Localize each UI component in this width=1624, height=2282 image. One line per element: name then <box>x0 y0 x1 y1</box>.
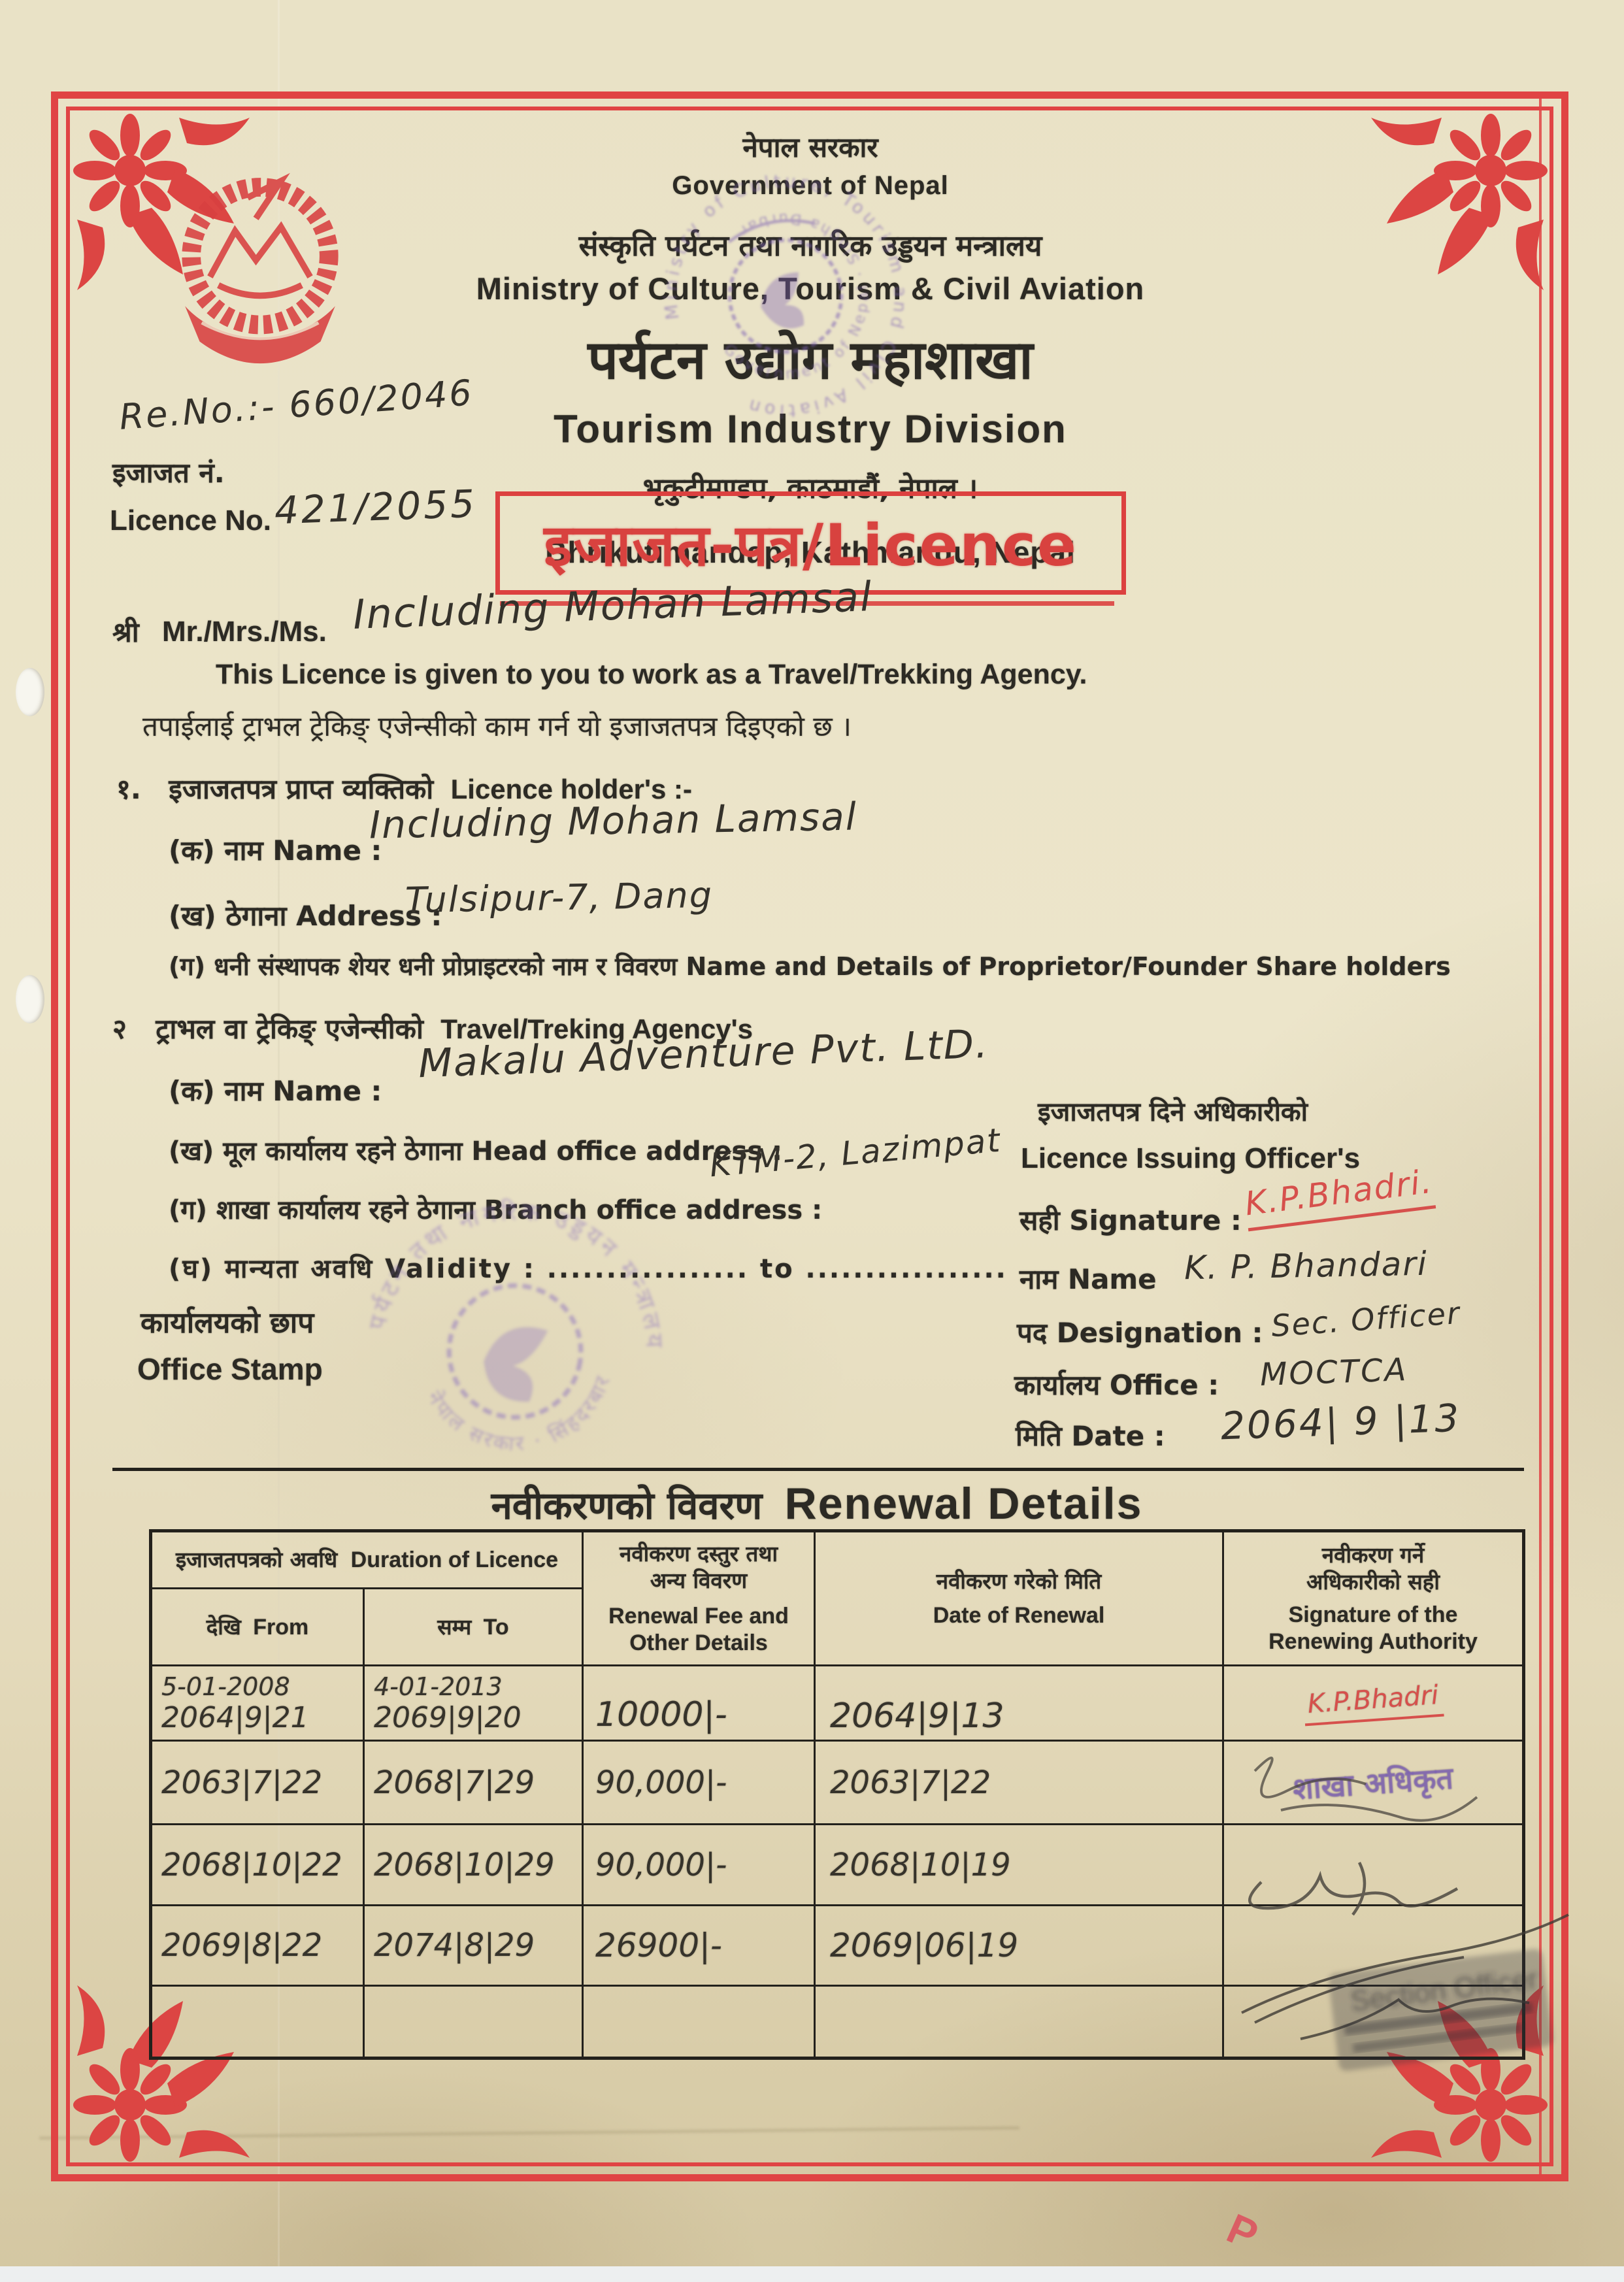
officer-name-value: K. P. Bhandari <box>1184 1245 1429 1287</box>
section2-number: २ <box>112 1013 127 1045</box>
head-office-label: (ख) मूल कार्यालय रहने ठेगाना Head office… <box>169 1132 782 1168</box>
officer-signature-label: सही Signature : <box>1019 1201 1242 1238</box>
officer-name-label: नाम Name <box>1019 1260 1157 1297</box>
table-row2-fee: 90,000|- <box>584 1742 816 1825</box>
table-row4-to: 2074|8|29 <box>365 1906 584 1987</box>
paper-notch <box>16 668 44 716</box>
branch-officer-stamp: शाखा अधिकृत <box>1291 1757 1454 1808</box>
table-row1-fee: 10000|- <box>584 1666 816 1742</box>
table-row4-date: 2069|06|19 <box>816 1906 1224 1987</box>
header-ministry-en: Ministry of Culture, Tourism & Civil Avi… <box>255 271 1366 306</box>
scanned-licence-document: { "colors": { "paper": "#e9e2c6", "accen… <box>0 0 1624 2282</box>
col-header-duration: इजाजतपत्रको अवधि Duration of Licence <box>152 1532 584 1589</box>
section-divider-line <box>112 1468 1524 1471</box>
header-ministry-np: संस्कृति पर्यटन तथा नागरिक उड्डयन मन्त्र… <box>255 225 1366 264</box>
branch-office-label: (ग) शाखा कार्यालय रहने ठेगाना Branch off… <box>169 1191 822 1227</box>
officer-heading-en: Licence Issuing Officer's <box>1021 1142 1360 1175</box>
proprietor-label: (ग) धनी संस्थापक शेयर धनी प्रोप्राइटरको … <box>169 949 1451 983</box>
col-header-to: सम्म To <box>365 1589 584 1666</box>
officer-date-label: मिति Date : <box>1016 1417 1165 1454</box>
grant-line-np: तपाईलाई ट्राभल ट्रेकिङ् एजेन्सीको काम गर… <box>142 707 852 744</box>
table-row3-date: 2068|10|19 <box>816 1825 1224 1906</box>
holder-address-value: Tulsipur-7, Dang <box>405 874 713 921</box>
table-row4-signature <box>1224 1906 1522 1987</box>
table-row1-signature: K.P.Bhadri <box>1224 1666 1522 1742</box>
renewal-title-en: Renewal Details <box>785 1479 1143 1529</box>
paper-notch <box>16 975 44 1023</box>
holder-name-value: Including Mohan Lamsal <box>369 794 857 847</box>
section2-title-np: ट्राभल वा ट्रेकिङ् एजेन्सीको <box>156 1013 423 1045</box>
officer-office-label: कार्यालय Office : <box>1014 1366 1219 1403</box>
scan-edge <box>0 2266 1624 2282</box>
table-row3-to: 2068|10|29 <box>365 1825 584 1906</box>
table-row2-from: 2063|7|22 <box>152 1742 365 1825</box>
table-row2-date: 2063|7|22 <box>816 1742 1224 1825</box>
table-row5-to <box>365 1987 584 2057</box>
validity-label: (घ) मान्यता अवधि Validity : ............… <box>169 1249 1008 1285</box>
table-row5-from <box>152 1987 365 2057</box>
col-header-fee: नवीकरण दस्तुर तथा अन्य विवरण Renewal Fee… <box>584 1532 816 1666</box>
licence-no-value: 421/2055 <box>274 482 478 533</box>
grant-line-en: This Licence is given to you to work as … <box>216 659 1087 691</box>
holder-address-label: (ख) ठेगाना Address : <box>169 897 442 934</box>
table-row1-to: 4-01-2013 2069|9|20 <box>365 1666 584 1742</box>
table-row5-date <box>816 1987 1224 2057</box>
table-row3-from: 2068|10|22 <box>152 1825 365 1906</box>
table-row2-to: 2068|7|29 <box>365 1742 584 1825</box>
licence-no-label-np: इजाजत नं. <box>112 454 225 491</box>
table-row1-from: 5-01-2008 2064|9|21 <box>152 1666 365 1742</box>
table-row5-signature <box>1224 1987 1522 2057</box>
salutation-en: Mr./Mrs./Ms. <box>162 616 327 648</box>
section1-title-np: इजाजतपत्र प्राप्त व्यक्तिको <box>169 773 433 805</box>
header-government-en: Government of Nepal <box>255 171 1366 201</box>
section1-number: १. <box>116 773 141 805</box>
officer-designation-label: पद Designation : <box>1017 1314 1263 1351</box>
col-header-from: देखि From <box>152 1589 365 1666</box>
office-stamp-label-np: कार्यालयको छाप <box>141 1302 314 1341</box>
table-row2-signature: शाखा अधिकृत <box>1224 1742 1522 1825</box>
renewal-table: इजाजतपत्रको अवधि Duration of Licence नवी… <box>149 1529 1525 2060</box>
renewal-title-np: नवीकरणको विवरण <box>491 1483 763 1528</box>
table-row4-from: 2069|8|22 <box>152 1906 365 1987</box>
stray-pen-mark: P <box>1220 2204 1265 2260</box>
office-stamp-label-en: Office Stamp <box>137 1351 323 1387</box>
agency-name-label: (क) नाम Name : <box>169 1072 382 1109</box>
col-header-date: नवीकरण गरेको मिति Date of Renewal <box>816 1532 1224 1666</box>
officer-heading-np: इजाजतपत्र दिने अधिकारीको <box>1038 1093 1308 1129</box>
table-row4-fee: 26900|- <box>584 1906 816 1987</box>
officer-date-value: 2064| 9 |13 <box>1220 1396 1461 1449</box>
holder-name-label: (क) नाम Name : <box>169 831 382 868</box>
table-row3-signature <box>1224 1825 1522 1906</box>
table-row3-fee: 90,000|- <box>584 1825 816 1906</box>
table-row1-date: 2064|9|13 <box>816 1666 1224 1742</box>
corner-ornament <box>1359 106 1555 302</box>
table-row5-fee <box>584 1987 816 2057</box>
licence-no-label-en: Licence No. <box>110 504 271 537</box>
header-government-np: नेपाल सरकार <box>255 128 1366 165</box>
salutation-np: श्री <box>112 613 139 650</box>
col-header-signature: नवीकरण गर्ने अधिकारीको सही Signature of … <box>1224 1532 1522 1666</box>
officer-office-value: MOCTCA <box>1259 1351 1408 1393</box>
